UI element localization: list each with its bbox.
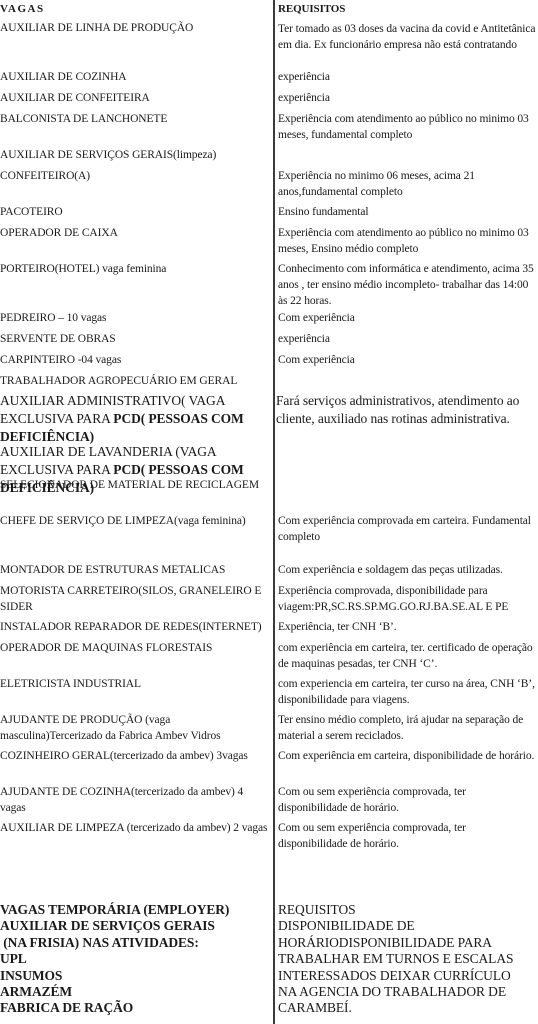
job-title: PORTEIRO(HOTEL) vaga feminina bbox=[0, 261, 268, 277]
temporary-requirements: REQUISITOSDISPONIBILIDADE DEHORÁRIODISPO… bbox=[278, 902, 536, 1017]
job-requirements: Ter ensino médio completo, irá ajudar na… bbox=[278, 712, 536, 744]
job-title: CONFEITEIRO(A) bbox=[0, 168, 268, 184]
job-title: AJUDANTE DE PRODUÇÃO (vaga masculina)Ter… bbox=[0, 712, 268, 744]
job-title: COZINHEIRO GERAL(tercerizado da ambev) 3… bbox=[0, 748, 268, 764]
header-vagas: VAGAS bbox=[0, 1, 268, 17]
job-title: OPERADOR DE CAIXA bbox=[0, 225, 268, 241]
job-title: AUXILIAR DE LIMPEZA (tercerizado da ambe… bbox=[0, 820, 268, 836]
job-requirements: Experiência no minimo 06 meses, acima 21… bbox=[278, 168, 536, 200]
job-title: AJUDANTE DE COZINHA(tercerizado da ambev… bbox=[0, 784, 268, 816]
job-title: SELECIONADOR DE MATERIAL DE RECICLAGEM bbox=[0, 477, 268, 493]
job-title: MOTORISTA CARRETEIRO(SILOS, GRANELEIRO E… bbox=[0, 583, 268, 615]
job-title: AUXILIAR DE CONFEITEIRA bbox=[0, 90, 268, 106]
job-requirements: Com experiência comprovada em carteira. … bbox=[278, 513, 536, 545]
job-title: AUXILIAR ADMINISTRATIVO( VAGA EXCLUSIVA … bbox=[0, 392, 268, 446]
job-requirements: experiência bbox=[278, 69, 536, 85]
job-requirements: Ensino fundamental bbox=[278, 204, 536, 220]
job-title: OPERADOR DE MAQUINAS FLORESTAIS bbox=[0, 640, 268, 656]
job-requirements: com experiencia em carteira, ter curso n… bbox=[278, 676, 536, 708]
job-requirements: Com ou sem experiência comprovada, ter d… bbox=[278, 820, 536, 852]
job-title: AUXILIAR DE LINHA DE PRODUÇÃO bbox=[0, 20, 268, 36]
job-title: AUXILIAR DE SERVIÇOS GERAIS(limpeza) bbox=[0, 147, 268, 163]
header-requisitos: REQUISITOS bbox=[278, 1, 536, 17]
job-requirements: Experiência, ter CNH ‘B’. bbox=[278, 619, 536, 635]
job-title: CHEFE DE SERVIÇO DE LIMPEZA(vaga feminin… bbox=[0, 513, 268, 529]
job-requirements: Experiência comprovada, disponibilidade … bbox=[278, 583, 536, 615]
job-requirements: Experiência com atendimento ao público n… bbox=[278, 111, 536, 143]
job-title: AUXILIAR DE COZINHA bbox=[0, 69, 268, 85]
column-divider bbox=[273, 0, 275, 1024]
job-requirements: Experiência com atendimento ao público n… bbox=[278, 225, 536, 257]
job-requirements: experiência bbox=[278, 331, 536, 347]
job-requirements: Com experiência bbox=[278, 352, 536, 368]
job-requirements: Fará serviços administrativos, atendimen… bbox=[276, 392, 534, 428]
job-requirements: experiência bbox=[278, 90, 536, 106]
job-requirements: Com experiência e soldagem das peças uti… bbox=[278, 562, 536, 578]
job-requirements: Ter tomado as 03 doses da vacina da covi… bbox=[278, 21, 536, 53]
job-title: ELETRICISTA INDUSTRIAL bbox=[0, 676, 268, 692]
job-requirements: Conhecimento com informática e atendimen… bbox=[278, 261, 536, 309]
job-title: INSTALADOR REPARADOR DE REDES(INTERNET) bbox=[0, 619, 268, 635]
job-title: SERVENTE DE OBRAS bbox=[0, 331, 268, 347]
job-title: PEDREIRO – 10 vagas bbox=[0, 310, 268, 326]
job-requirements: Com experiência bbox=[278, 310, 536, 326]
job-title: PACOTEIRO bbox=[0, 204, 268, 220]
job-requirements: Com ou sem experiência comprovada, ter d… bbox=[278, 784, 536, 816]
job-title: TRABALHADOR AGROPECUÁRIO EM GERAL bbox=[0, 373, 268, 389]
job-title: CARPINTEIRO -04 vagas bbox=[0, 352, 268, 368]
job-requirements: com experiência em carteira, ter. certif… bbox=[278, 640, 536, 672]
job-title: MONTADOR DE ESTRUTURAS METALICAS bbox=[0, 562, 268, 578]
job-requirements: Com experiência em carteira, disponibili… bbox=[278, 748, 536, 764]
job-title: BALCONISTA DE LANCHONETE bbox=[0, 111, 268, 127]
temporary-jobs-list: VAGAS TEMPORÁRIA (EMPLOYER)AUXILIAR DE S… bbox=[0, 902, 268, 1017]
